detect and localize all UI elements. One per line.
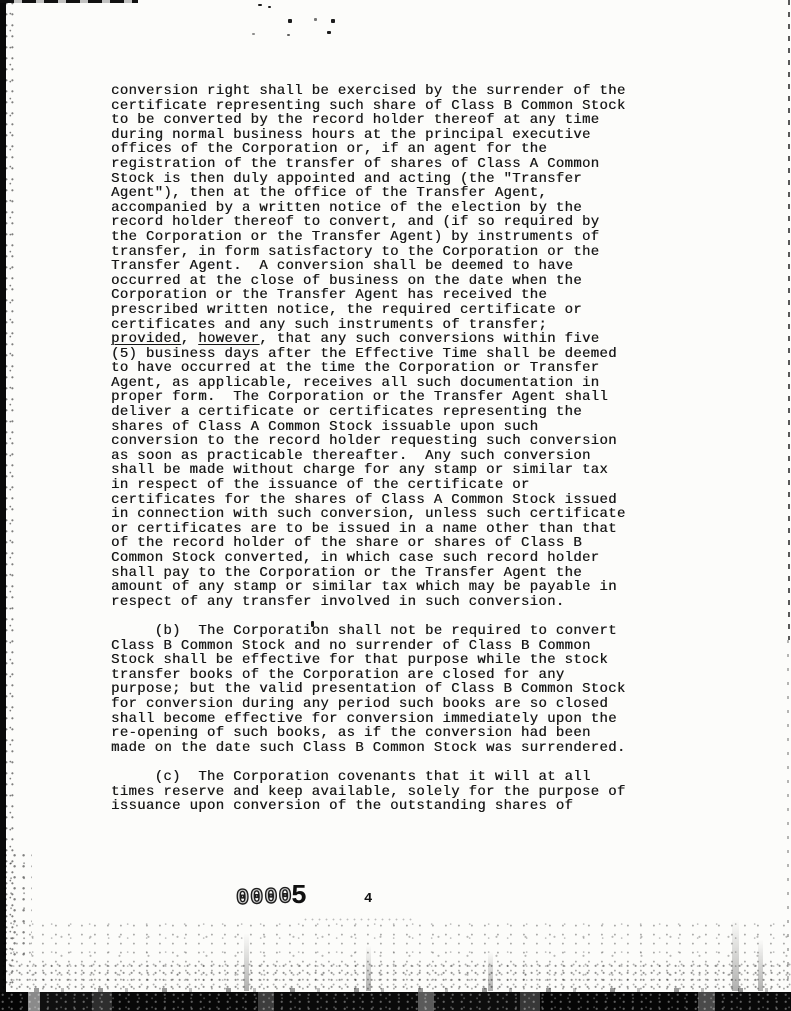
text-line: amount of any stamp or similar tax which… (111, 580, 656, 595)
text-line: registration of the transfer of shares o… (111, 157, 656, 172)
scan-streak (732, 919, 739, 991)
text-segment: , that any such conversions within five (259, 331, 599, 347)
text-line: conversion right shall be exercised by t… (111, 84, 656, 99)
text-line: certificates for the shares of Class A C… (111, 493, 656, 508)
text-line: occurred at the close of business on the… (111, 274, 656, 289)
scan-streak (758, 939, 763, 991)
text-line: accompanied by a written notice of the e… (111, 201, 656, 216)
scan-speckle-left (2, 852, 32, 962)
text-line: shares of Class A Common Stock issuable … (111, 420, 656, 435)
text-line: certificates and any such instruments of… (111, 318, 656, 333)
scan-speck (274, 147, 276, 149)
text-line: (5) business days after the Effective Ti… (111, 347, 656, 362)
scan-speck (287, 34, 290, 36)
bates-stamp: 00005 4 (236, 882, 307, 918)
text-line: in respect of the issuance of the certif… (111, 478, 656, 493)
scan-speck (258, 4, 262, 6)
text-line: shall pay to the Corporation or the Tran… (111, 566, 656, 581)
page-number: 4 (364, 891, 372, 907)
bates-number: 00005 (236, 882, 307, 912)
text-line: (b) The Corporation shall not be require… (111, 624, 656, 639)
text-line: to have occurred at the time the Corpora… (111, 361, 656, 376)
text-line: of the record holder of the share or sha… (111, 536, 656, 551)
text-line: (c) The Corporation covenants that it wi… (111, 770, 656, 785)
text-line: during normal business hours at the prin… (111, 128, 656, 143)
text-line: record holder thereof to convert, and (i… (111, 215, 656, 230)
text-line: Transfer Agent. A conversion shall be de… (111, 259, 656, 274)
text-line: as soon as practicable thereafter. Any s… (111, 449, 656, 464)
text-line: Corporation or the Transfer Agent has re… (111, 288, 656, 303)
bates-zeros: 0000 (236, 884, 294, 911)
scan-speck (314, 18, 317, 21)
text-segment: , (181, 331, 198, 347)
text-line: Agent"), then at the office of the Trans… (111, 186, 656, 201)
text-line: Class B Common Stock and no surrender of… (111, 639, 656, 654)
para-b: (b) The Corporation shall not be require… (111, 624, 656, 755)
scan-streak (488, 951, 493, 991)
text-line: to be converted by the record holder the… (111, 113, 656, 128)
text-line: or certificates are to be issued in a na… (111, 522, 656, 537)
scan-streak (244, 933, 249, 991)
para-c: (c) The Corporation covenants that it wi… (111, 770, 656, 814)
text-line: Common Stock converted, in which case su… (111, 551, 656, 566)
text-line: transfer, in form satisfactory to the Co… (111, 245, 656, 260)
faint-dotted-line (302, 918, 412, 921)
scan-speck (327, 31, 331, 34)
scan-streak (366, 945, 371, 991)
scan-bottom-band (0, 992, 791, 1011)
text-line: for conversion during any period such bo… (111, 697, 656, 712)
document-text: conversion right shall be exercised by t… (111, 84, 656, 814)
text-line: provided, however, that any such convers… (111, 332, 656, 347)
text-line: shall become effective for conversion im… (111, 712, 656, 727)
scan-edge-top (0, 0, 138, 3)
text-line: respect of any transfer involved in such… (111, 595, 656, 610)
scan-speck (331, 19, 335, 23)
scan-speck (288, 19, 292, 23)
bates-last-digit: 5 (291, 882, 307, 912)
text-line: Agent, as applicable, receives all such … (111, 376, 656, 391)
text-line: re-opening of such books, as if the conv… (111, 726, 656, 741)
underlined-text: provided (111, 331, 181, 347)
text-line: the Corporation or the Transfer Agent) b… (111, 230, 656, 245)
scan-speck (268, 6, 271, 8)
text-line: prescribed written notice, the required … (111, 303, 656, 318)
scan-edge-right (788, 0, 790, 640)
text-line: offices of the Corporation or, if an age… (111, 142, 656, 157)
scan-speck (311, 621, 314, 627)
text-line: made on the date such Class B Common Sto… (111, 741, 656, 756)
text-line: proper form. The Corporation or the Tran… (111, 390, 656, 405)
text-line: in connection with such conversion, unle… (111, 507, 656, 522)
text-line: shall be made without charge for any sta… (111, 463, 656, 478)
text-line: times reserve and keep available, solely… (111, 785, 656, 800)
scan-edge-left-noise (4, 0, 14, 995)
para-a-continuation: conversion right shall be exercised by t… (111, 84, 656, 609)
scanned-document-page: conversion right shall be exercised by t… (0, 0, 791, 1011)
text-line: Stock shall be effective for that purpos… (111, 653, 656, 668)
text-line: purpose; but the valid presentation of C… (111, 682, 656, 697)
text-line: deliver a certificate or certificates re… (111, 405, 656, 420)
text-line: transfer books of the Corporation are cl… (111, 668, 656, 683)
underlined-text: however (198, 331, 259, 347)
scan-speck (252, 33, 255, 35)
text-line: issuance upon conversion of the outstand… (111, 799, 656, 814)
text-line: Stock is then duly appointed and acting … (111, 172, 656, 187)
text-line: conversion to the record holder requesti… (111, 434, 656, 449)
text-line: certificate representing such share of C… (111, 99, 656, 114)
